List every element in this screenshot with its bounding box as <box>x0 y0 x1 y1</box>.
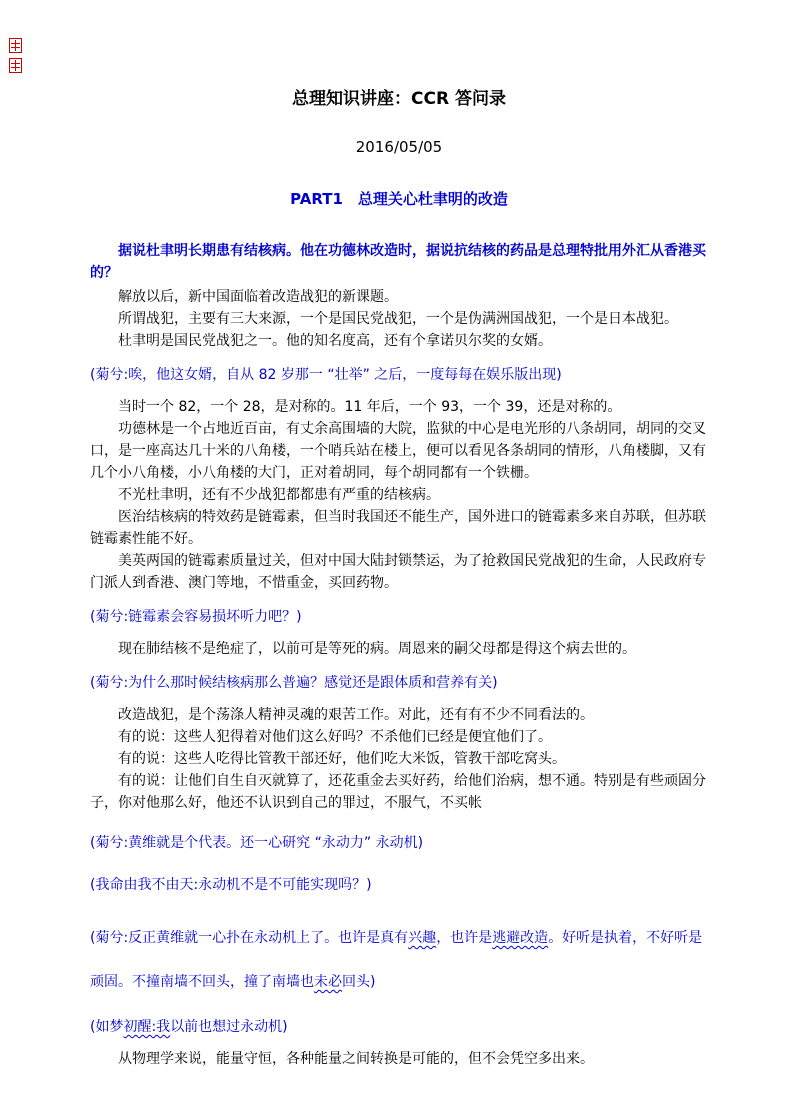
text-run: 回头) <box>342 974 375 990</box>
text-run: 所谓战犯，主要有三大来源，一个是国民党战犯，一个是伪满洲国战犯，一个是日本战犯。 <box>118 311 678 327</box>
paragraph: 医治结核病的特效药是链霉素，但当时我国还不能生产，国外进口的链霉素多来自苏联，但… <box>90 506 708 550</box>
text-run: 不光杜聿明，还有不少战犯都都患有严重的结核病。 <box>118 487 440 503</box>
text-run: 美英两国的链霉素质量过关，但对中国大陆封锁禁运，为了抢救国民党战犯的生命，人民政… <box>90 553 706 591</box>
text-run: 从物理学来说，能量守恒，各种能量之间转换是可能的，但不会凭空多出来。 <box>118 1051 594 1067</box>
red-stamp-mark <box>9 58 22 73</box>
document-page: 总理知识讲座：CCR 答问录 2016/05/05 PART1 总理关心杜聿明的… <box>0 0 800 1100</box>
text-run: 改造战犯，是个荡涤人精神灵魂的艰苦工作。对此，还有有不少不同看法的。 <box>118 707 594 723</box>
text-run: (如梦 <box>90 1019 123 1035</box>
paragraph: (菊兮:黄维就是个代表。还一心研究 “永动力” 永动机) <box>90 832 708 854</box>
page-title: 总理知识讲座：CCR 答问录 <box>90 88 708 110</box>
section-heading: PART1 总理关心杜聿明的改造 <box>90 188 708 210</box>
text-run: 功德林是一个占地近百亩，有丈余高围墙的大院，监狱的中心是电光形的八条胡同，胡同的… <box>90 421 706 481</box>
text-run: 据说杜聿明长期患有结核病。他在功德林改造时，据说抗结核的药品是总理特批用外汇从香… <box>90 243 706 281</box>
text-run: (菊兮:链霉素会容易损坏听力吧？) <box>90 609 302 625</box>
corner-stamp-marks <box>9 38 25 78</box>
text-run: 现在肺结核不是绝症了，以前可是等死的病。周恩来的嗣父母都是得这个病去世的。 <box>118 641 636 657</box>
paragraph: 有的说：这些人犯得着对他们这么好吗？不杀他们已经是便宜他们了。 <box>90 726 708 748</box>
paragraph: 从物理学来说，能量守恒，各种能量之间转换是可能的，但不会凭空多出来。 <box>90 1048 708 1070</box>
paragraph: 杜聿明是国民党战犯之一。他的知名度高，还有个拿诺贝尔奖的女婿。 <box>90 330 708 352</box>
text-run: (我命由我不由天:永动机不是不可能实现吗？) <box>90 877 372 893</box>
paragraph: 解放以后，新中国面临着改造战犯的新课题。 <box>90 286 708 308</box>
text-run: 以前也想过永动机) <box>170 1019 287 1035</box>
paragraph: 不光杜聿明，还有不少战犯都都患有严重的结核病。 <box>90 484 708 506</box>
doc-date: 2016/05/05 <box>90 136 708 158</box>
red-stamp-mark <box>9 38 22 53</box>
text-run: (菊兮:黄维就是个代表。还一心研究 “永动力” 永动机) <box>90 835 423 851</box>
paragraph: 功德林是一个占地近百亩，有丈余高围墙的大院，监狱的中心是电光形的八条胡同，胡同的… <box>90 418 708 484</box>
paragraph: 改造战犯，是个荡涤人精神灵魂的艰苦工作。对此，还有有不少不同看法的。 <box>90 704 708 726</box>
paragraph: 所谓战犯，主要有三大来源，一个是国民党战犯，一个是伪满洲国战犯，一个是日本战犯。 <box>90 308 708 330</box>
spellcheck-marked-text: 逃避改造 <box>492 930 548 946</box>
text-run: 有的说：让他们自生自灭就算了，还花重金去买好药，给他们治病，想不通。特别是有些顽… <box>90 773 706 811</box>
spellcheck-marked-text: 初醒:我 <box>123 1019 170 1035</box>
spellcheck-marked-text: 未必 <box>314 974 342 990</box>
text-run: 医治结核病的特效药是链霉素，但当时我国还不能生产，国外进口的链霉素多来自苏联，但… <box>90 509 706 547</box>
text-run: 有的说：这些人吃得比管教干部还好，他们吃大米饭，管教干部吃窝头。 <box>118 751 566 767</box>
document-body: 据说杜聿明长期患有结核病。他在功德林改造时，据说抗结核的药品是总理特批用外汇从香… <box>90 240 708 1070</box>
paragraph: (菊兮:唉，他这女婿，自从 82 岁那一 “壮举” 之后，一度每每在娱乐版出现) <box>90 364 708 386</box>
paragraph: 有的说：让他们自生自灭就算了，还花重金去买好药，给他们治病，想不通。特别是有些顽… <box>90 770 708 814</box>
text-run: 杜聿明是国民党战犯之一。他的知名度高，还有个拿诺贝尔奖的女婿。 <box>118 333 552 349</box>
text-run: ，也许是 <box>436 930 492 946</box>
text-run: 当时一个 82，一个 28，是对称的。11 年后，一个 93，一个 39，还是对… <box>118 399 621 415</box>
text-run: 解放以后，新中国面临着改造战犯的新课题。 <box>118 289 398 305</box>
text-run: (菊兮:反正黄维就一心扑在永动机上了。也许是真有 <box>90 930 408 946</box>
paragraph: 美英两国的链霉素质量过关，但对中国大陆封锁禁运，为了抢救国民党战犯的生命，人民政… <box>90 550 708 594</box>
paragraph: (如梦初醒:我以前也想过永动机) <box>90 1016 708 1038</box>
paragraph: 当时一个 82，一个 28，是对称的。11 年后，一个 93，一个 39，还是对… <box>90 396 708 418</box>
paragraph: (菊兮:反正黄维就一心扑在永动机上了。也许是真有兴趣，也许是逃避改造。好听是执着… <box>90 916 708 1004</box>
paragraph: (菊兮:为什么那时候结核病那么普遍？感觉还是跟体质和营养有关) <box>90 672 708 694</box>
text-run: 有的说：这些人犯得着对他们这么好吗？不杀他们已经是便宜他们了。 <box>118 729 552 745</box>
paragraph: 据说杜聿明长期患有结核病。他在功德林改造时，据说抗结核的药品是总理特批用外汇从香… <box>90 240 708 284</box>
paragraph: (菊兮:链霉素会容易损坏听力吧？) <box>90 606 708 628</box>
paragraph: (我命由我不由天:永动机不是不可能实现吗？) <box>90 874 708 896</box>
paragraph: 现在肺结核不是绝症了，以前可是等死的病。周恩来的嗣父母都是得这个病去世的。 <box>90 638 708 660</box>
paragraph: 有的说：这些人吃得比管教干部还好，他们吃大米饭，管教干部吃窝头。 <box>90 748 708 770</box>
text-run: (菊兮:为什么那时候结核病那么普遍？感觉还是跟体质和营养有关) <box>90 675 498 691</box>
spellcheck-marked-text: 兴趣 <box>408 930 436 946</box>
text-run: (菊兮:唉，他这女婿，自从 82 岁那一 “壮举” 之后，一度每每在娱乐版出现) <box>90 367 562 383</box>
